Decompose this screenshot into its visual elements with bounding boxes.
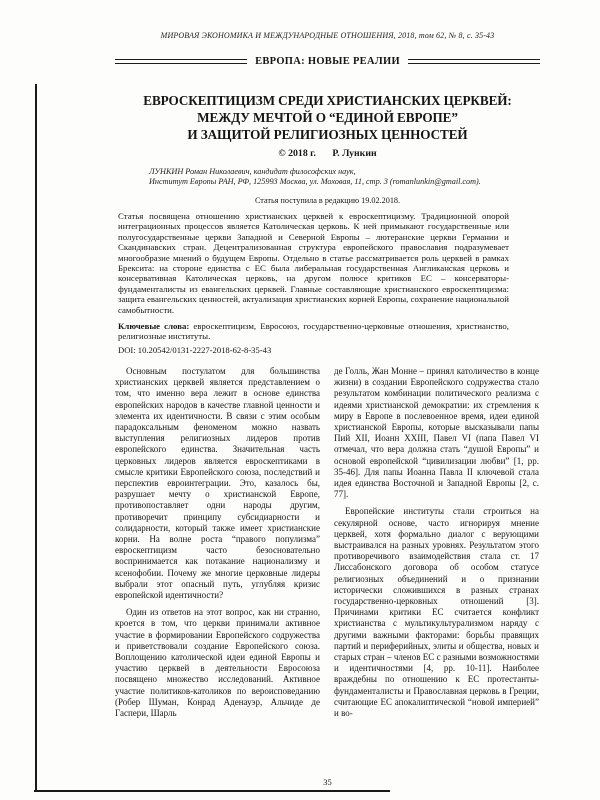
doi-line: DOI: 10.20542/0131-2227-2018-62-8-35-43 (118, 345, 509, 355)
scan-border-bottom (34, 790, 390, 792)
body-columns: Основным постулатом для большинства хрис… (115, 366, 540, 758)
keywords-label: Ключевые слова: (118, 321, 189, 331)
banner-rule-left (115, 59, 247, 64)
body-column-left: Основным постулатом для большинства хрис… (115, 366, 320, 758)
received-date-note: Статья поступила в редакцию 19.02.2018. (115, 196, 540, 205)
journal-header-line: МИРОВАЯ ЭКОНОМИКА И МЕЖДУНАРОДНЫЕ ОТНОШЕ… (115, 31, 540, 40)
article-title-line-1: ЕВРОСКЕПТИЦИЗМ СРЕДИ ХРИСТИАНСКИХ ЦЕРКВЕ… (115, 92, 540, 109)
author-affiliation: ЛУНКИН Роман Николаевич, кандидат филосо… (149, 167, 540, 186)
body-paragraph: Один из ответов на этот вопрос, как ни с… (115, 607, 320, 719)
article-title: ЕВРОСКЕПТИЦИЗМ СРЕДИ ХРИСТИАНСКИХ ЦЕРКВЕ… (115, 92, 540, 143)
article-title-line-3: И ЗАЩИТОЙ РЕЛИГИОЗНЫХ ЦЕННОСТЕЙ (115, 126, 540, 143)
copyright-notice: © 2018 г. (278, 148, 316, 159)
affiliation-line-1: ЛУНКИН Роман Николаевич, кандидат филосо… (149, 167, 540, 177)
body-paragraph: Европейские институты стали строиться на… (334, 506, 539, 719)
body-paragraph: де Голль, Жан Монне – принял католичеств… (334, 366, 539, 500)
journal-page: МИРОВАЯ ЭКОНОМИКА И МЕЖДУНАРОДНЫЕ ОТНОШЕ… (0, 0, 600, 800)
section-banner: ЕВРОПА: НОВЫЕ РЕАЛИИ (115, 56, 540, 67)
page-number: 35 (115, 777, 540, 787)
affiliation-line-2: Институт Европы РАН, РФ, 125993 Москва, … (149, 177, 540, 187)
author-name: Р. Лункин (332, 148, 376, 159)
abstract-text: Статья посвящена отношению христианских … (118, 211, 509, 315)
scan-border-left (35, 84, 37, 792)
section-banner-title: ЕВРОПА: НОВЫЕ РЕАЛИИ (247, 56, 408, 67)
copyright-author-line: © 2018 г. Р. Лункин (115, 148, 540, 159)
banner-rule-right (408, 59, 540, 64)
body-column-right: де Голль, Жан Монне – принял католичеств… (334, 366, 539, 758)
body-paragraph: Основным постулатом для большинства хрис… (115, 366, 320, 601)
keywords-block: Ключевые слова: евроскептицизм, Евросоюз… (118, 321, 509, 342)
article-title-line-2: МЕЖДУ МЕЧТОЙ О “ЕДИНОЙ ЕВРОПЕ” (115, 109, 540, 126)
